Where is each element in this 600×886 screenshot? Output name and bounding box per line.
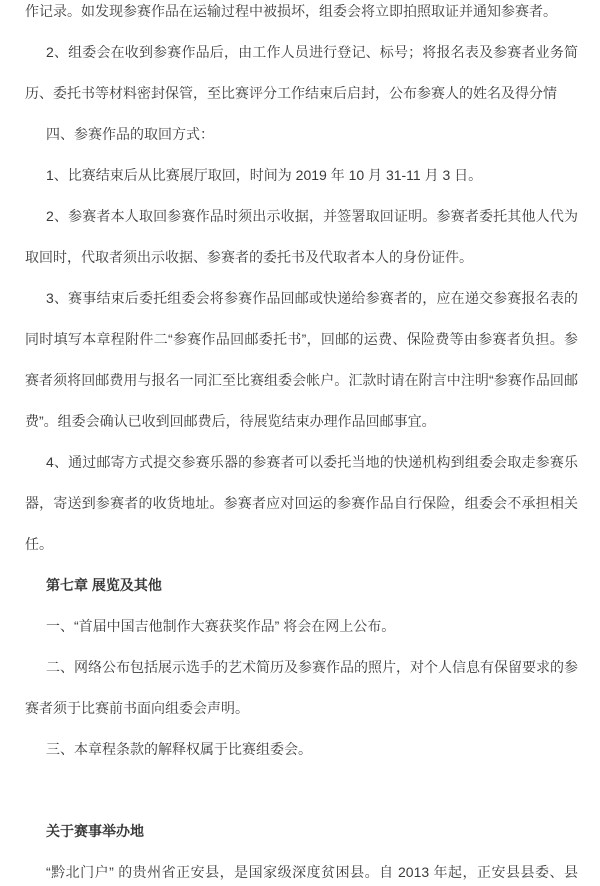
- text-line: “黔北门户” 的贵州省正安县，是国家级深度贫困县。自 2013 年起，正安县县委…: [25, 852, 578, 886]
- text-line: 三、本章程条款的解释权属于比赛组委会。: [25, 729, 578, 770]
- document-body: 作记录。如发现参赛作品在运输过程中被损坏，组委会将立即拍照取证并通知参赛者。2、…: [25, 0, 578, 886]
- text-line: 任。: [25, 524, 578, 565]
- text-line: 四、参赛作品的取回方式：: [25, 114, 578, 155]
- text-line: 器，寄送到参赛者的收货地址。参赛者应对回运的参赛作品自行保险，组委会不承担相关责: [25, 483, 578, 524]
- text-line: 2、组委会在收到参赛作品后，由工作人员进行登记、标号；将报名表及参赛者业务简: [25, 32, 578, 73]
- text-line: 1、比赛结束后从比赛展厅取回，时间为 2019 年 10 月 31-11 月 3…: [25, 155, 578, 196]
- text-line: 赛者须将回邮费用与报名一同汇至比赛组委会帐户。汇款时请在附言中注明“参赛作品回邮: [25, 360, 578, 401]
- text-line: 一、“首届中国吉他制作大赛获奖作品” 将会在网上公布。: [25, 606, 578, 647]
- text-line: 作记录。如发现参赛作品在运输过程中被损坏，组委会将立即拍照取证并通知参赛者。: [25, 0, 578, 32]
- text-line: 同时填写本章程附件二“参赛作品回邮委托书”，回邮的运费、保险费等由参赛者负担。参: [25, 319, 578, 360]
- text-line: 4、通过邮寄方式提交参赛乐器的参赛者可以委托当地的快递机构到组委会取走参赛乐: [25, 442, 578, 483]
- text-line: 历、委托书等材料密封保管，至比赛评分工作结束后启封，公布参赛人的姓名及得分情况。: [25, 73, 578, 114]
- section-heading: 关于赛事举办地: [25, 811, 578, 852]
- text-line: 取回时，代取者须出示收据、参赛者的委托书及代取者本人的身份证件。: [25, 237, 578, 278]
- text-line: 2、参赛者本人取回参赛作品时须出示收据，并签署取回证明。参赛者委托其他人代为: [25, 196, 578, 237]
- blank-line: [25, 770, 578, 811]
- text-line: 二、网络公布包括展示选手的艺术简历及参赛作品的照片，对个人信息有保留要求的参: [25, 647, 578, 688]
- document-page: 作记录。如发现参赛作品在运输过程中被损坏，组委会将立即拍照取证并通知参赛者。2、…: [0, 0, 600, 886]
- text-line: 费”。组委会确认已收到回邮费后，待展览结束办理作品回邮事宜。: [25, 401, 578, 442]
- section-heading: 第七章 展览及其他: [25, 565, 578, 606]
- text-line: 3、赛事结束后委托组委会将参赛作品回邮或快递给参赛者的，应在递交参赛报名表的: [25, 278, 578, 319]
- text-line: 赛者须于比赛前书面向组委会声明。: [25, 688, 578, 729]
